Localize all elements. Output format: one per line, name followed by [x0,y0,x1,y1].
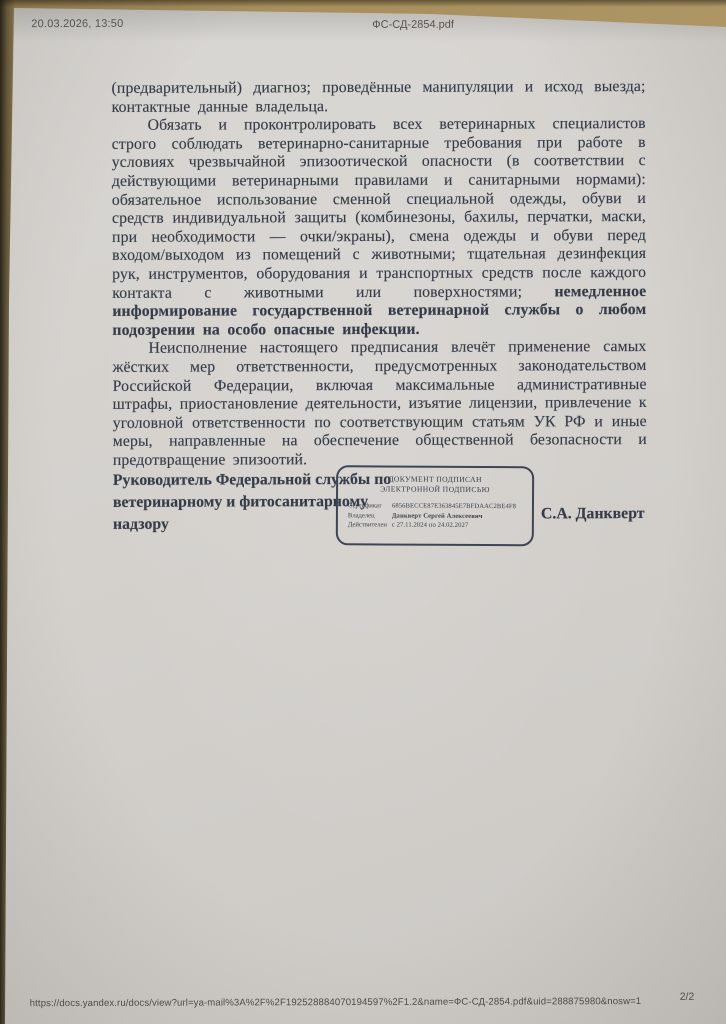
paragraph-obligations: Обязать и проконтролировать всех ветерин… [112,115,647,340]
print-source-url: https://docs.yandex.ru/docs/view?url=ya-… [30,996,642,1009]
page-content: 20.03.2026, 13:50 ФС-СД-2854.pdf (предва… [0,0,726,1024]
stamp-validity-value: с 27.11.2024 по 24.02.2027 [392,521,468,531]
stamp-certificate-label: Сертификат [348,501,392,511]
stamp-owner-label: Владелец [348,511,392,521]
stamp-details: Сертификат 6856BECCE87E363845E7BFDAAC2BE… [338,501,532,531]
paragraph-contact-data-text: (предварительный) диагноз; проведённые м… [111,78,645,115]
print-timestamp: 20.03.2026, 13:50 [31,18,123,30]
paragraph-obligations-text: Обязать и проконтролировать всех ветерин… [112,115,647,301]
page-indicator: 2/2 [680,991,695,1003]
stamp-validity-row: Действителен с 27.11.2024 по 24.02.2027 [348,521,522,532]
paragraph-contact-data: (предварительный) диагноз; проведённые м… [111,78,645,117]
paragraph-liability-text: Неисполнение настоящего предписания влеч… [112,338,646,468]
stamp-title: ДОКУМЕНТ ПОДПИСАН ЭЛЕКТРОННОЙ ПОДПИСЬЮ [338,474,532,494]
stamp-validity-label: Действителен [348,521,392,531]
document-photo: 20.03.2026, 13:50 ФС-СД-2854.pdf (предва… [0,0,726,1024]
print-filename: ФС-СД-2854.pdf [372,19,454,31]
stamp-owner-value: Данкверт Сергей Алексеевич [392,511,483,521]
paragraph-liability: Неисполнение настоящего предписания влеч… [112,338,646,470]
document-body: (предварительный) диагноз; проведённые м… [111,78,646,470]
electronic-signature-stamp: ДОКУМЕНТ ПОДПИСАН ЭЛЕКТРОННОЙ ПОДПИСЬЮ С… [336,465,534,546]
signatory-name: С.А. Данкверт [541,505,645,523]
